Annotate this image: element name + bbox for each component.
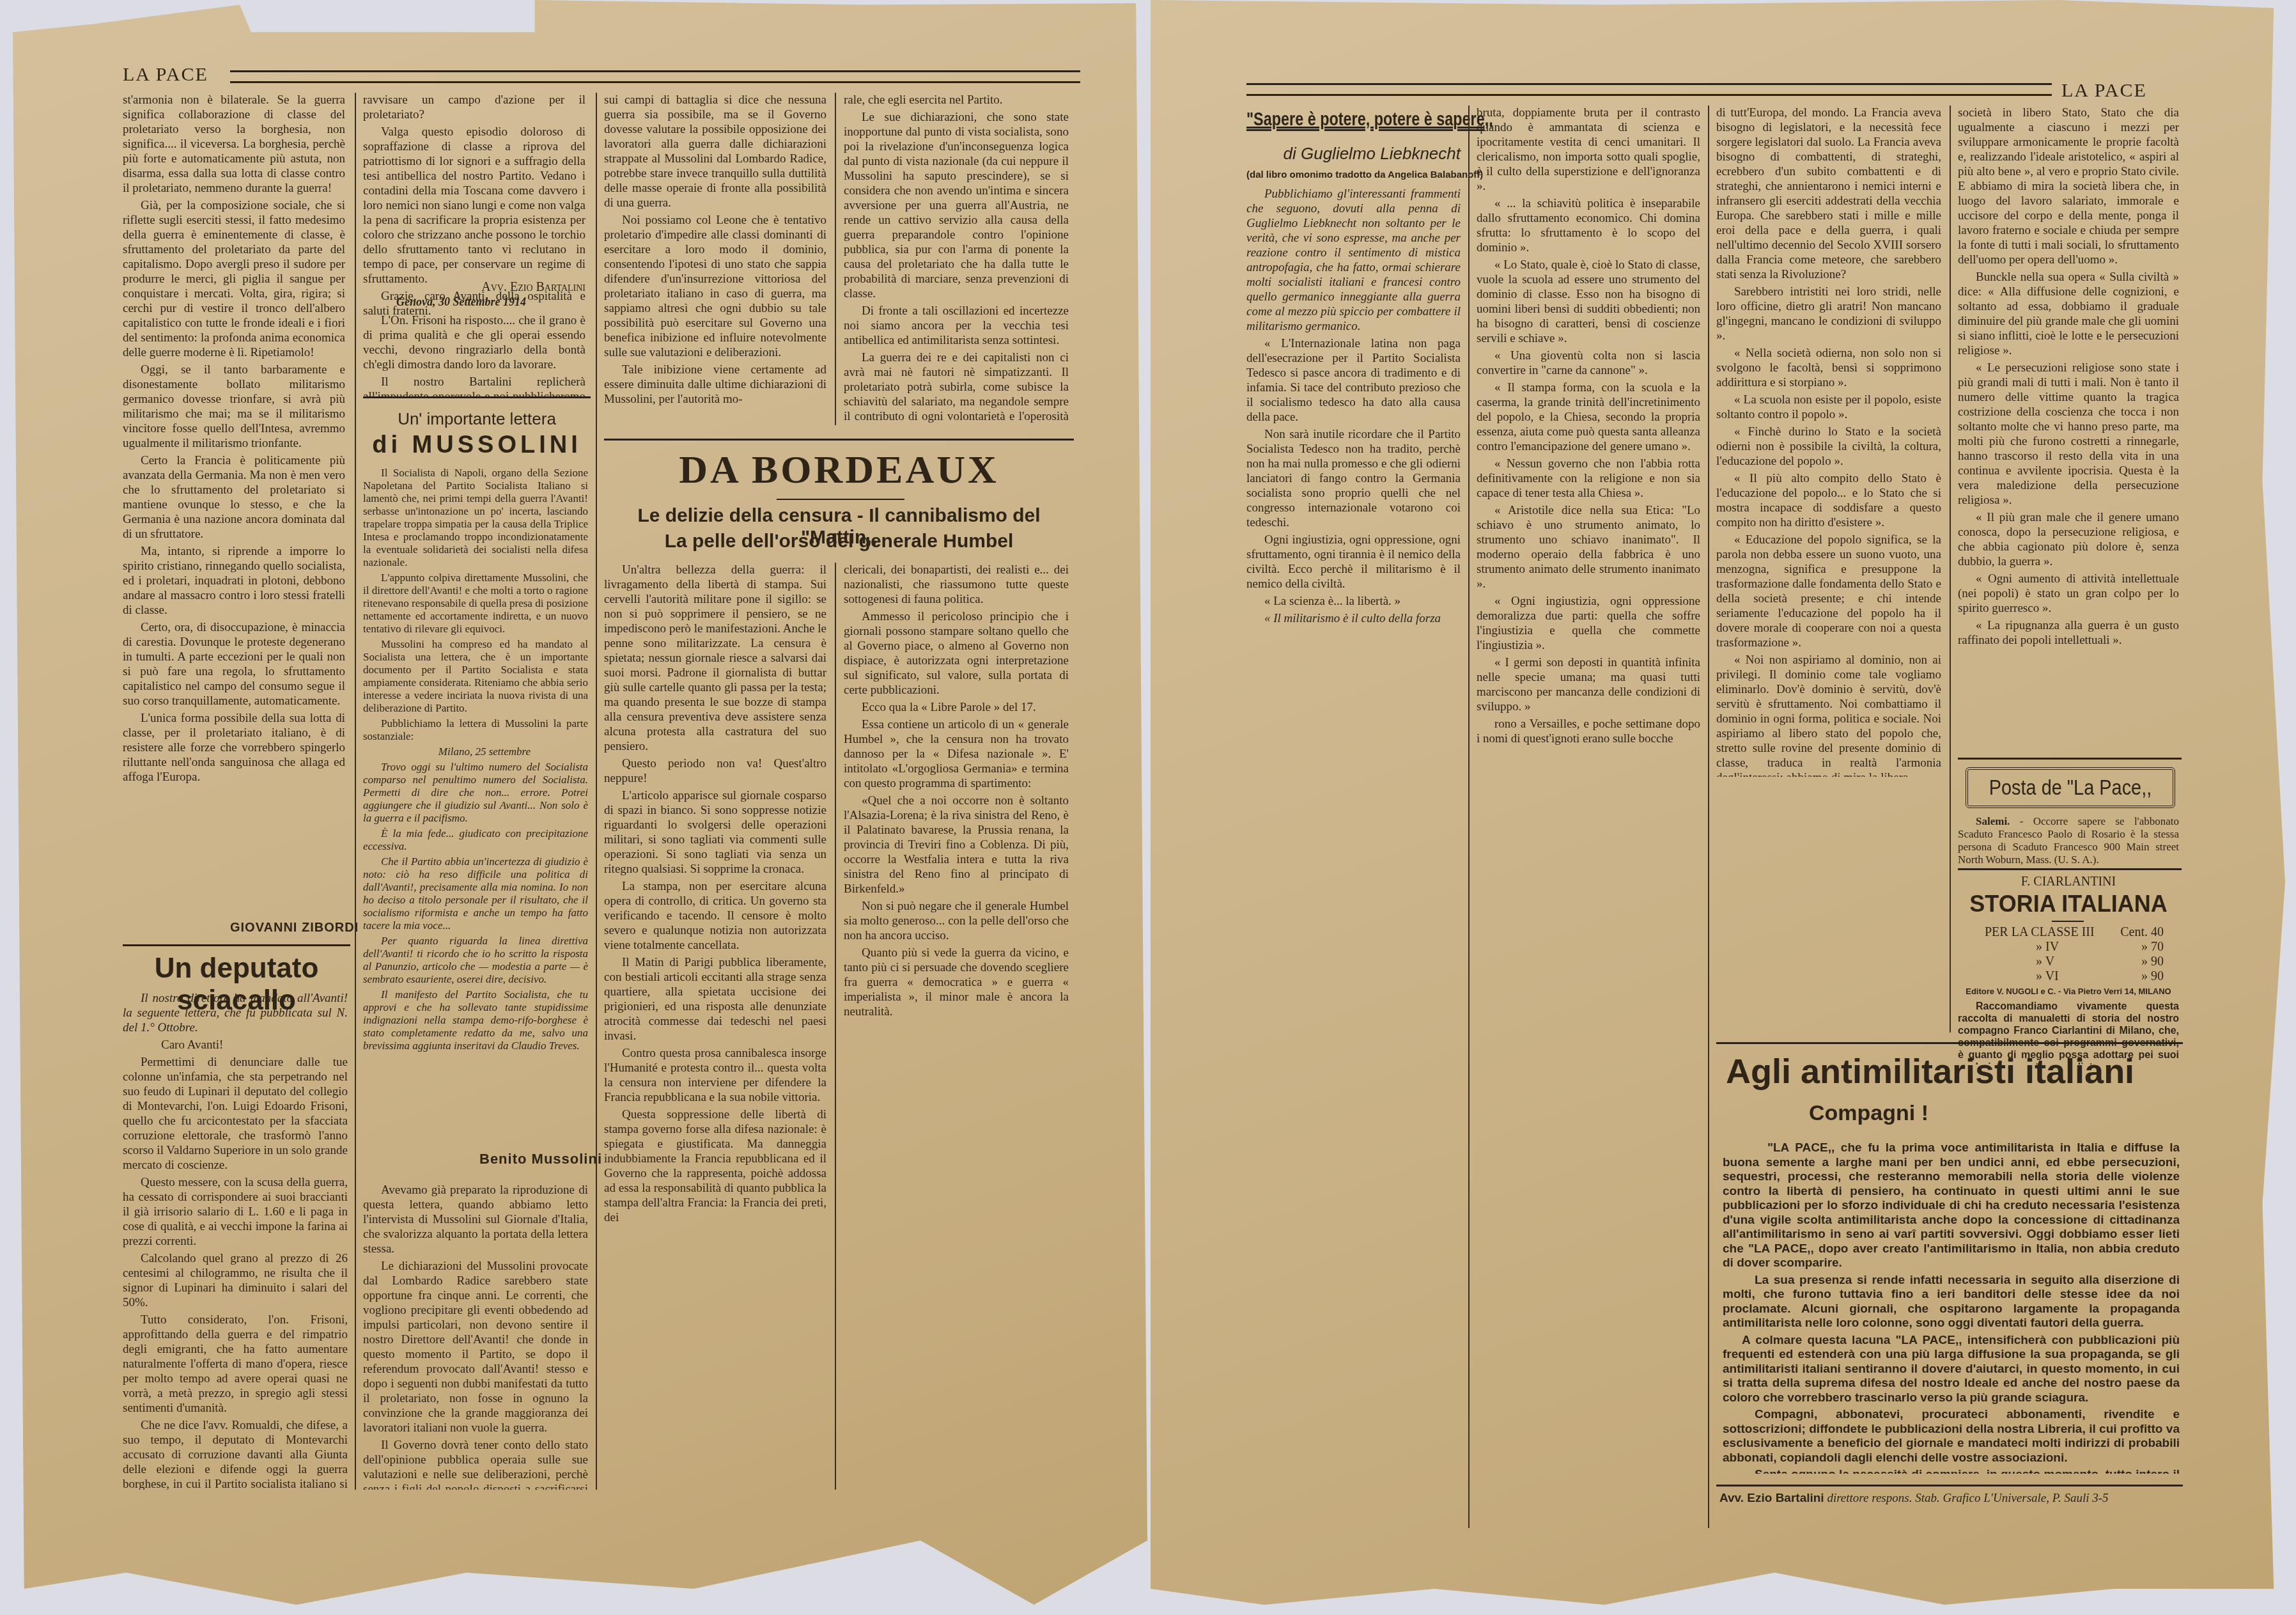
signature-mussolini: Benito Mussolini	[479, 1151, 602, 1167]
paragraph: « La scienza è... la libertà. »	[1246, 594, 1461, 609]
paragraph: Ogni ingiustizia, ogni oppressione, ogni…	[1246, 533, 1461, 591]
paragraph: Trovo oggi su l'ultimo numero del Social…	[363, 761, 588, 825]
paragraph: « Educazione del popolo significa, se la…	[1716, 533, 1941, 650]
paragraph: Avevamo già preparato la riproduzione di…	[363, 1183, 588, 1256]
paragraph: L'appunto colpiva direttamente Mussolini…	[363, 572, 588, 636]
paragraph: Che il Partito abbia un'incertezza di gi…	[363, 855, 588, 932]
paragraph: Milano, 25 settembre	[363, 745, 588, 758]
article-zibordi: st'armonia non è bilaterale. Se la guerr…	[123, 93, 345, 879]
paragraph: Il nostro Bartalini replicherà all'impud…	[363, 375, 586, 396]
article-liebknecht-col3: di tutt'Europa, del mondo. La Francia av…	[1716, 105, 1941, 777]
price-row: » IV» 70	[1985, 940, 2164, 955]
paragraph: « Ogni aumento di attività intellettuale…	[1958, 572, 2179, 616]
paragraph: « Nessun governo che non l'abbia rotta d…	[1477, 456, 1700, 501]
left-page: LA PACE st'armonia non è bilaterale. Se …	[13, 0, 1147, 1605]
paragraph: Che ne dice l'avv. Romualdi, che difese,…	[123, 1418, 348, 1490]
paragraph: « Finchè durino lo Stato e la società od…	[1716, 425, 1941, 469]
paragraph: Le sue dichiarazioni, che sono state ino…	[844, 110, 1069, 301]
paragraph: società in libero Stato, Stato che dia u…	[1958, 105, 2179, 267]
imprint: Avv. Ezio Bartalini direttore respons. S…	[1719, 1492, 2186, 1506]
divider	[1958, 758, 2182, 760]
paragraph: Calcolando quel grano al prezzo di 26 ce…	[123, 1251, 348, 1310]
article-liebknecht-col2: bruta, doppiamente bruta per il contrast…	[1477, 105, 1700, 1528]
paragraph: Un'altra bellezza della guerra: il livra…	[604, 563, 826, 754]
paragraph: « La scuola non esiste per il popolo, es…	[1716, 393, 1941, 422]
paragraph: Pubblichiamo la lettera di Mussolini la …	[363, 717, 588, 743]
dateline: Genova, 30 Settembre 1914	[396, 295, 526, 309]
article-col3: sui campi di battaglia si dice che nessu…	[604, 93, 826, 425]
paragraph: « Nella società odierna, non solo non si…	[1716, 346, 1941, 390]
paragraph: Valga questo episodio doloroso di sopraf…	[363, 125, 586, 286]
article-liebknecht-col1: Pubblichiamo gl'interessanti frammenti c…	[1246, 187, 1461, 1523]
divider	[2052, 921, 2084, 922]
paragraph: Ammesso il pericoloso principio che i gi…	[844, 609, 1069, 698]
intro: Il nostro direttore ha mandato all'Avant…	[123, 991, 348, 1035]
article-col4: rale, che egli esercita nel Partito. Le …	[844, 93, 1069, 425]
divider	[604, 439, 1074, 441]
byline-liebknecht: di Guglielmo Liebknecht	[1246, 144, 1461, 164]
paragraph: È la mia fede... giudicato con precipita…	[363, 827, 588, 853]
article-deputato: Il nostro direttore ha mandato all'Avant…	[123, 991, 348, 1490]
paragraph: Certo, ora, di disoccupazione, è minacci…	[123, 620, 345, 708]
salutation: Caro Avanti!	[123, 1038, 348, 1052]
kicker-mussolini: Un' importante lettera	[363, 409, 591, 429]
headline-bordeaux: DA BORDEAUX	[604, 448, 1074, 493]
paragraph: Questa soppressione delle libertà di sta…	[604, 1107, 826, 1225]
divider	[1716, 1042, 2183, 1044]
paragraph: Il manifesto del Partito Socialista, che…	[363, 988, 588, 1052]
paragraph: « Aristotile dice nella sua Etica: "Lo s…	[1477, 503, 1700, 591]
paragraph: rono a Versailles, e poche settimane dop…	[1477, 717, 1700, 746]
paragraph: « Il più gran male che il genere umano c…	[1958, 510, 2179, 569]
paragraph: Questo periodo non va! Quest'altro neppu…	[604, 756, 826, 786]
paragraph: Tutto considerato, l'on. Frisoni, approf…	[123, 1313, 348, 1416]
paragraph: Oggi, se il tanto barbaramente e disones…	[123, 363, 345, 451]
paragraph: Noi possiamo col Leone che è tentativo p…	[604, 213, 826, 360]
paragraph: Non sarà inutile ricordare che il Partit…	[1246, 427, 1461, 530]
article-mussolini-comment: Avevamo già preparato la riproduzione di…	[363, 1183, 588, 1490]
paragraph: La sua presenza si rende infatti necessa…	[1723, 1274, 2180, 1331]
paragraph: Già, per la composizione sociale, che si…	[123, 198, 345, 360]
price-row: » V» 90	[1985, 955, 2164, 969]
ad-title: STORIA ITALIANA	[1958, 891, 2179, 917]
paragraph: La guerra dei re e dei capitalisti non c…	[844, 350, 1069, 425]
signature-zibordi: GIOVANNI ZIBORDI	[230, 921, 359, 935]
paragraph: Le dichiarazioni del Mussolini provocate…	[363, 1259, 588, 1435]
headline-appeal: Agli antimilitaristi italiani	[1716, 1052, 2192, 1091]
paragraph: clericali, dei bonapartisti, dei realist…	[844, 563, 1069, 607]
paragraph: « Lo Stato, quale è, cioè lo Stato di cl…	[1477, 258, 1700, 346]
paragraph: ravvisare un campo d'azione per il prole…	[363, 93, 586, 122]
paragraph: Compagni, abbonatevi, procurateci abbona…	[1723, 1408, 2180, 1465]
paragraph: Senta ognuno la necessità di compiere, i…	[1723, 1468, 2180, 1474]
paragraph: « Il stampa forma, con la scuola e la ca…	[1477, 380, 1700, 454]
paragraph: Ecco qua la « Libre Parole » del 17.	[844, 700, 1069, 715]
column-rule	[1950, 105, 1951, 1033]
paragraph: « Il più alto compito dello Stato è l'ed…	[1716, 471, 1941, 530]
divider	[1958, 868, 2182, 870]
paragraph: «Quel che a noi occorre non è soltanto l…	[844, 793, 1069, 896]
imprint-name: Avv. Ezio Bartalini	[1719, 1492, 1824, 1505]
paragraph: "LA PACE,, che fu la prima voce antimili…	[1723, 1141, 2180, 1271]
paragraph: « I germi son deposti in quantità infini…	[1477, 655, 1700, 714]
price-row: PER LA CLASSE IIICent. 40	[1985, 925, 2164, 940]
imprint-text: direttore respons. Stab. Grafico L'Unive…	[1827, 1492, 2108, 1505]
article-bordeaux-col-b: clericali, dei bonapartisti, dei realist…	[844, 563, 1069, 1490]
column-rule	[1708, 105, 1709, 1528]
paragraph: A colmare questa lacuna "LA PACE,, inten…	[1723, 1334, 2180, 1406]
divider	[1716, 1485, 2183, 1486]
paragraph: « Il militarismo è il culto della forza	[1246, 611, 1461, 626]
paragraph: bruta, doppiamente bruta per il contrast…	[1477, 105, 1700, 194]
column-rule	[835, 563, 836, 1490]
paragraph: « L'Internazionale latina non paga dell'…	[1246, 336, 1461, 425]
paragraph: Certo la Francia è politicamente più ava…	[123, 453, 345, 542]
column-rule	[596, 93, 597, 1490]
paragraph: Ma, intanto, si riprende a imporre lo sp…	[123, 544, 345, 618]
paragraph: L'On. Frisoni ha risposto.... che il gra…	[363, 313, 586, 372]
paragraph: « Noi non aspiriamo al dominio, non ai p…	[1716, 653, 1941, 777]
subheadline-bordeaux-2: La pelle dell'orso del generale Humbel	[604, 531, 1074, 552]
running-head-left: LA PACE	[123, 64, 208, 86]
posta-box: Posta de "La Pace,,	[1966, 767, 2175, 808]
signature-bartalini: Avv. Ezio Bartalini	[363, 280, 586, 295]
article-liebknecht-col4: società in libero Stato, Stato che dia u…	[1958, 105, 2179, 758]
headline-liebknecht: "Sapere è potere, potere è sapere,,	[1246, 109, 1416, 130]
paragraph: La stampa, non per esercitare alcuna ope…	[604, 879, 826, 953]
divider	[123, 944, 350, 946]
paragraph: di tutt'Europa, del mondo. La Francia av…	[1716, 105, 1941, 282]
paragraph: Il Governo dovrà tener conto dello stato…	[363, 1438, 588, 1490]
article-bordeaux-col-a: Un'altra bellezza della guerra: il livra…	[604, 563, 826, 1490]
header-rule	[230, 70, 1080, 83]
posta-title: Posta de "La Pace,,	[1983, 770, 2157, 806]
column-rule	[835, 93, 836, 425]
running-head-right: LA PACE	[2061, 80, 2147, 102]
paragraph: rale, che egli esercita nel Partito.	[844, 93, 1069, 107]
ad-price-table: PER LA CLASSE IIICent. 40 » IV» 70 » V» …	[1985, 925, 2164, 984]
paragraph: Permettimi di denunciare dalle tue colon…	[123, 1055, 348, 1173]
paragraph: Bunckle nella sua opera « Sulla civiltà …	[1958, 270, 2179, 358]
paragraph: Sarebbero intristiti nei loro stridi, ne…	[1716, 285, 1941, 343]
paragraph: Quanto più si vede la guerra da vicino, …	[844, 946, 1069, 1019]
paragraph: L'articolo apparisce sul giornale cospar…	[604, 788, 826, 877]
article-appeal: "LA PACE,, che fu la prima voce antimili…	[1723, 1141, 2180, 1474]
article-mussolini: Il Socialista di Napoli, organo della Se…	[363, 467, 588, 1151]
paragraph: Mussolini ha compreso ed ha mandato al S…	[363, 638, 588, 715]
paragraph: « Ogni ingiustizia, ogni oppressione dem…	[1477, 594, 1700, 653]
column-rule	[355, 93, 356, 1490]
paragraph: Il Matin di Parigi pubblica liberamente,…	[604, 955, 826, 1043]
notice-place: Salemi.	[1976, 815, 2010, 827]
paragraph: Tale inibizione viene certamente ad esse…	[604, 363, 826, 407]
paragraph: Di fronte a tali oscillazioni ed incerte…	[844, 304, 1069, 348]
intro: Pubblichiamo gl'interessanti frammenti c…	[1246, 187, 1461, 334]
right-page: LA PACE "Sapere è potere, potere è saper…	[1151, 0, 2285, 1605]
paragraph: L'unica forma possibile della sua lotta …	[123, 711, 345, 784]
paragraph: « Una gioventù colta non si lascia conve…	[1477, 348, 1700, 378]
paragraph: Non si può negare che il generale Humbel…	[844, 899, 1069, 943]
paragraph: Questo messere, con la scusa della guerr…	[123, 1175, 348, 1249]
paragraph: st'armonia non è bilaterale. Se la guerr…	[123, 93, 345, 196]
divider	[777, 499, 904, 500]
bartalini-note: L'On. Frisoni ha risposto.... che il gra…	[363, 313, 586, 396]
paragraph: Il Socialista di Napoli, organo della Se…	[363, 467, 588, 569]
ad-author: F. CIARLANTINI	[1958, 875, 2179, 889]
paragraph: « Le persecuzioni religiose sono state i…	[1958, 361, 2179, 508]
price-row: » VI» 90	[1985, 969, 2164, 984]
paragraph: sui campi di battaglia si dice che nessu…	[604, 93, 826, 210]
headline-mussolini: di MUSSOLINI	[363, 432, 591, 459]
subheadline-appeal: Compagni !	[1809, 1101, 1928, 1126]
paragraph: « La ripugnanza alla guerra è un gusto r…	[1958, 618, 2179, 648]
column-rule	[1468, 105, 1470, 1528]
paragraph: Contro questa prosa cannibalesca insorge…	[604, 1046, 826, 1105]
paragraph: Per quanto riguarda la linea direttiva d…	[363, 935, 588, 986]
ad-publisher: Editore V. NUGOLI e C. - Via Pietro Verr…	[1958, 987, 2179, 996]
source-liebknecht: (dal libro omonimo tradotto da Angelica …	[1246, 169, 1464, 180]
header-rule	[1246, 83, 2052, 96]
paragraph: Essa contiene un articolo di un « genera…	[844, 717, 1069, 791]
divider	[363, 396, 591, 398]
paragraph: « ... la schiavitù politica è inseparabi…	[1477, 196, 1700, 255]
